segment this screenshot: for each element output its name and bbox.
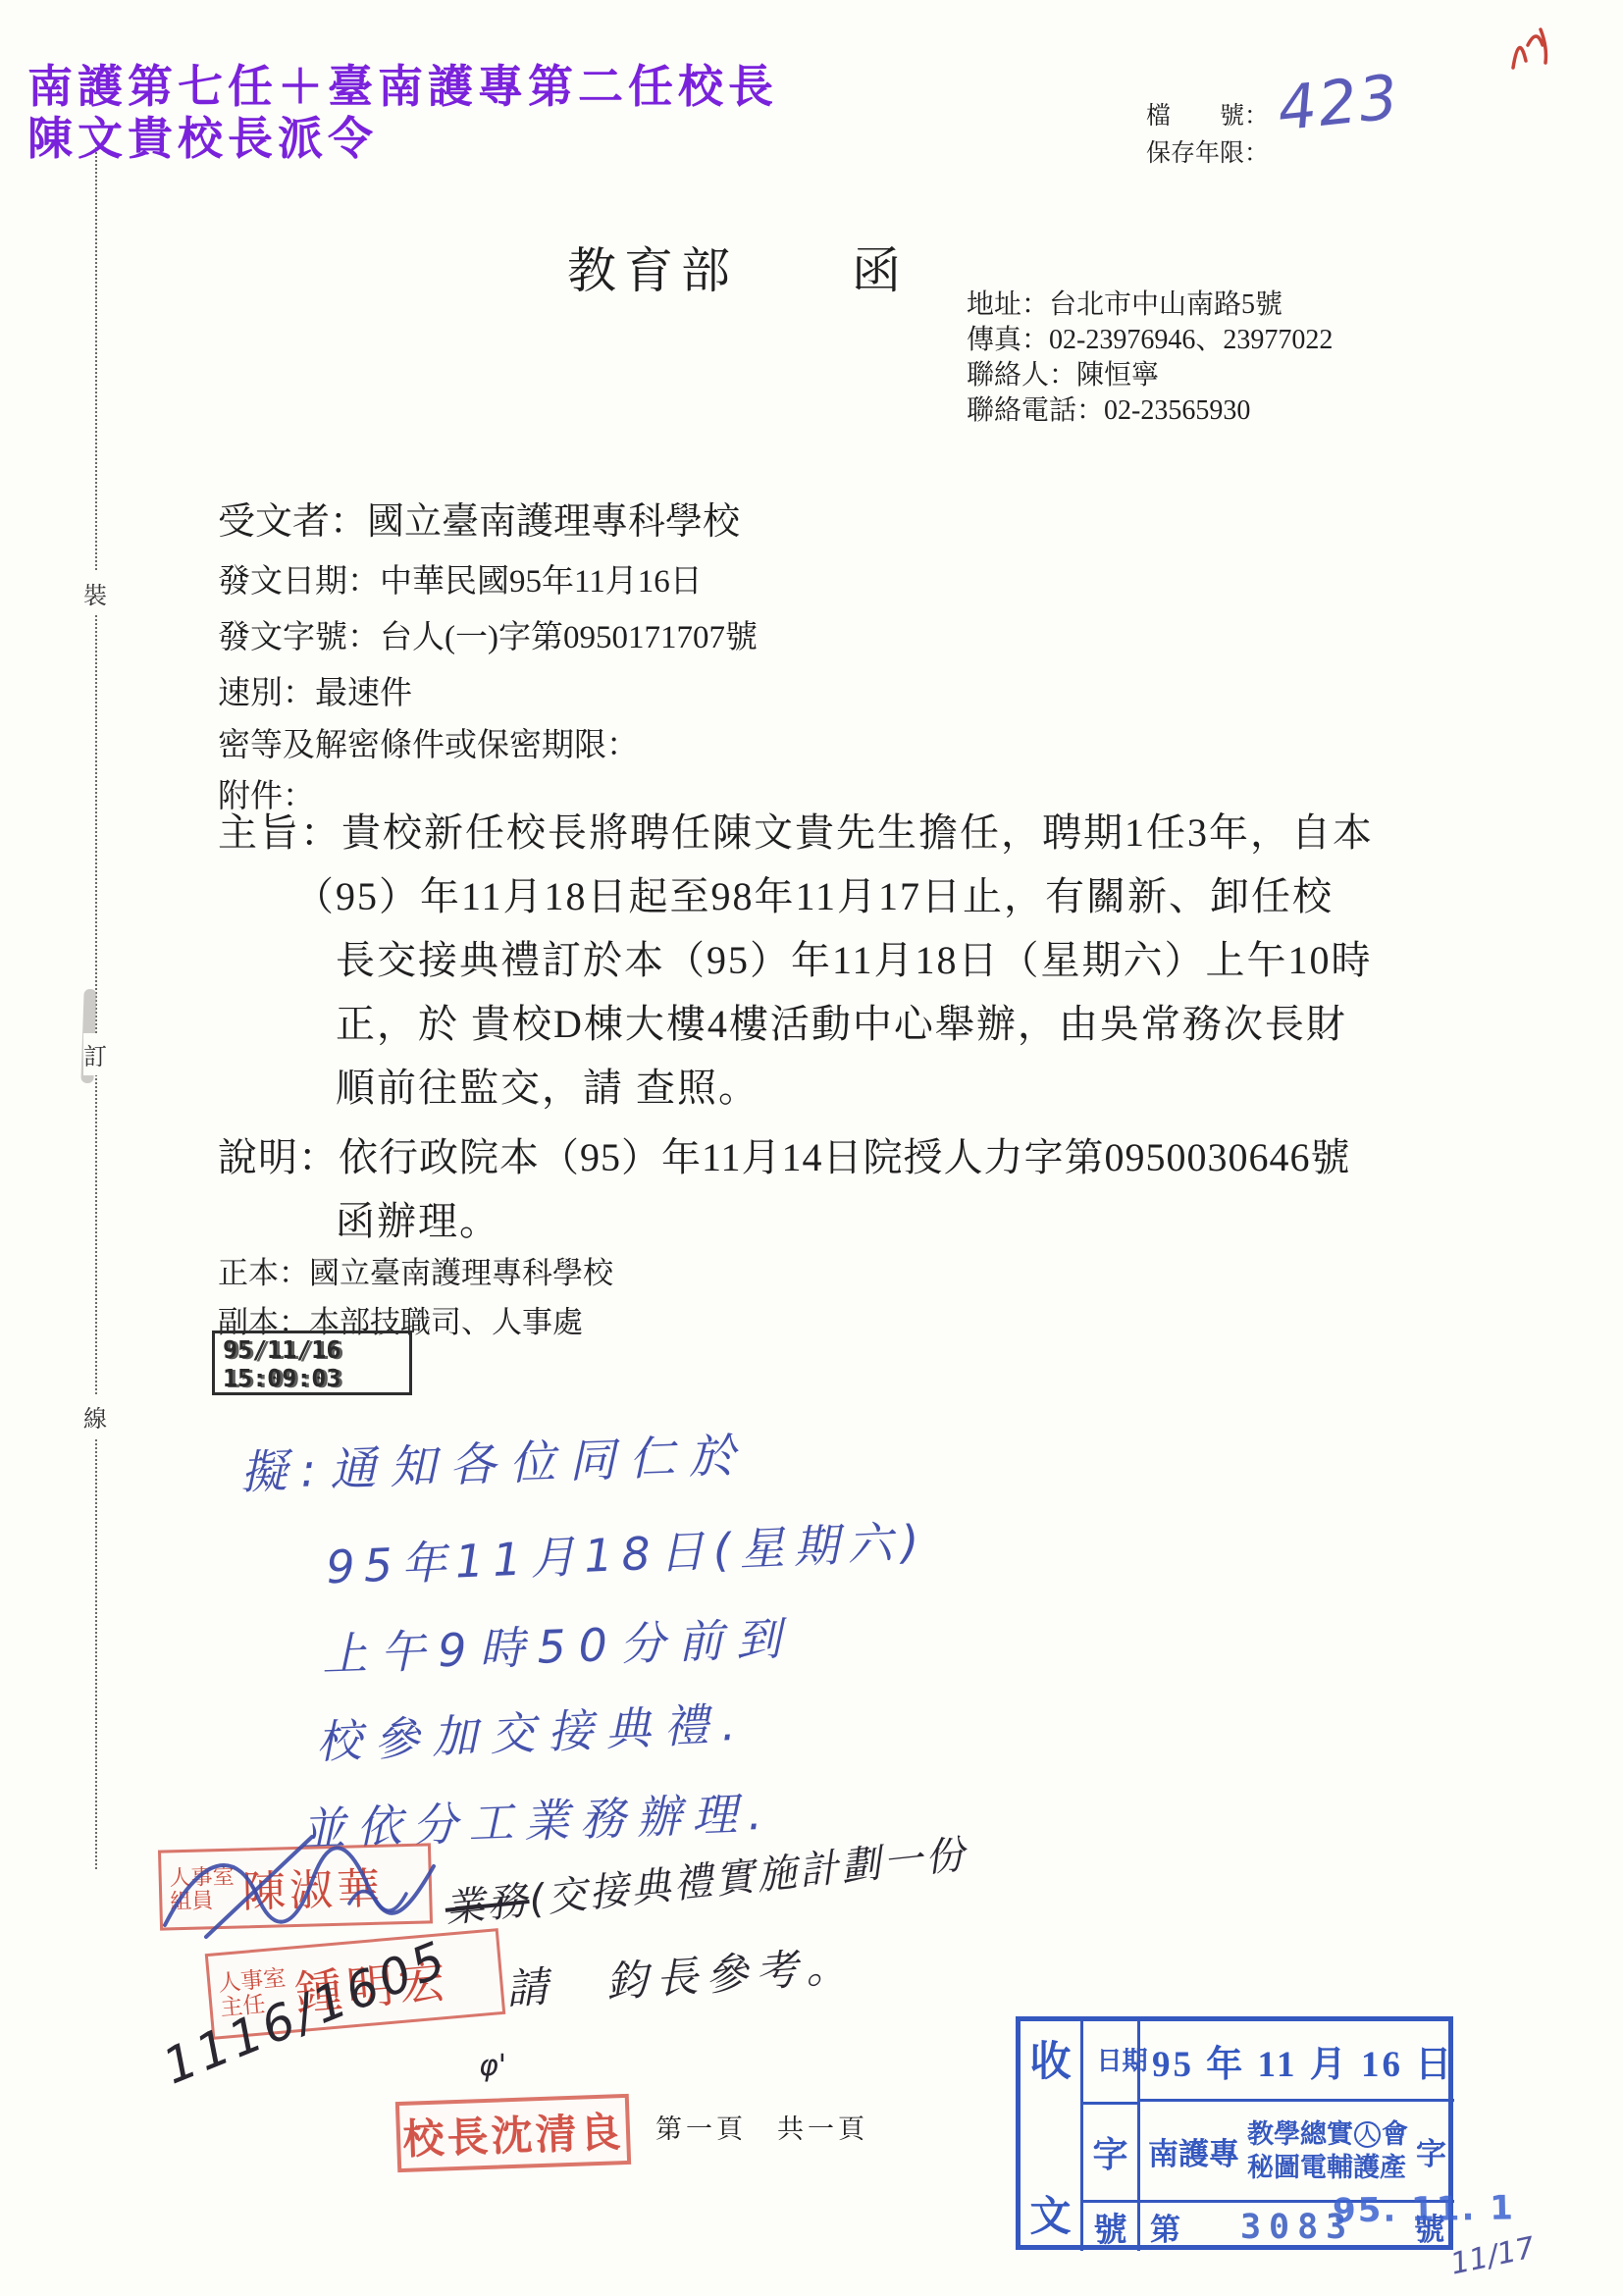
staff-stamp: 人事室 組員 陳淑華 <box>158 1843 433 1930</box>
file-number-value: 423 <box>1275 61 1403 145</box>
binding-mark-ding: 訂 <box>83 1033 107 1075</box>
retention-label: 保存年限： <box>1146 133 1269 169</box>
receipt-zi-suffix: 字 <box>1416 2129 1446 2173</box>
black-note-mark: φ' <box>479 2049 506 2083</box>
receipt-circled-unit: 人 <box>1354 2121 1381 2148</box>
subject-line: 順前往監交，請 查照。 <box>336 1057 759 1113</box>
binding-dotted-line <box>95 147 97 1869</box>
principal-stamp-name: 校長沈清良 <box>402 2100 625 2166</box>
binding-mark-xian: 線 <box>83 1395 107 1437</box>
original-copy-line: 正本：國立臺南護理專科學校 <box>218 1248 613 1292</box>
approval-note-line: 95年11月18日(星期六) <box>325 1506 929 1597</box>
security-line: 密等及解密條件或保密期限： <box>218 719 639 765</box>
subject-line: （95）年11月18日起至98年11月17日止，有關新、卸任校 <box>294 865 1334 921</box>
receipt-date-value: 95 年 11 月 16 日 <box>1152 2034 1454 2087</box>
contact-phone: 聯絡電話：02-23565930 <box>967 389 1250 428</box>
approval-note-line: 校參加交接典禮. <box>315 1688 750 1771</box>
contact-fax: 傳真：02-23976946、23977022 <box>967 318 1333 357</box>
receipt-zi-label: 字 <box>1092 2127 1127 2177</box>
receipt-org-abbrev: 南護專 <box>1148 2129 1239 2173</box>
doc-number-line: 發文字號：台人(一)字第0950171707號 <box>218 611 758 657</box>
speed-line: 速別：最速件 <box>218 667 412 713</box>
receipt-units-line2: 秘圖電輔護產 <box>1247 2151 1408 2184</box>
receipt-shou: 收 <box>1029 2029 1071 2088</box>
explanation-line: 函辦理。 <box>336 1190 500 1246</box>
receipt-units-line1b: 會 <box>1382 2117 1408 2151</box>
corner-red-scribble <box>1499 14 1558 82</box>
contact-person: 聯絡人：陳恒寧 <box>967 353 1159 392</box>
staff-stamp-role: 組員 <box>170 1889 236 1914</box>
explanation-line: 說明：依行政院本（95）年11月14日院授人力字第0950030646號 <box>218 1126 1351 1182</box>
file-number-label: 檔 號： <box>1146 96 1269 131</box>
annotation-title-line2: 陳文貴校長派令 <box>27 103 378 168</box>
receipt-wen: 文 <box>1029 2184 1071 2243</box>
principal-stamp: 校長沈清良 <box>395 2094 631 2172</box>
scanned-document-page: 裝 訂 線 南護第七任＋臺南護專第二任校長 陳文貴校長派令 檔 號： 423 保… <box>0 0 1623 2296</box>
approval-note-line: 擬:通知各位同仁於 <box>239 1419 750 1502</box>
recipient-line: 受文者：國立臺南護理專科學校 <box>218 491 740 545</box>
receipt-no-prefix: 第 <box>1150 2205 1180 2249</box>
receipt-units-line1a: 教學總實 <box>1247 2117 1353 2151</box>
contact-address: 地址：台北市中山南路5號 <box>967 283 1283 322</box>
black-note-line2: 請 鈞長參考。 <box>503 1933 857 2017</box>
black-note-crossed: 業務 <box>443 1878 531 1932</box>
subject-line: 長交接典禮訂於本（95）年11月18日（星期六）上午10時 <box>336 929 1373 985</box>
timestamp-date: 95/11/16 <box>223 1335 401 1364</box>
approval-note-line: 上午9時50分前到 <box>321 1603 795 1685</box>
issue-date-line: 發文日期：中華民國95年11月16日 <box>218 555 703 601</box>
document-title: 教育部 函 <box>567 232 909 302</box>
binding-mark-zhuang: 裝 <box>83 572 107 614</box>
received-date-stamp: 95. 11. 1 <box>1333 2188 1515 2230</box>
staff-stamp-name: 陳淑華 <box>241 1853 385 1920</box>
staff-stamp-office: 人事室 <box>169 1865 235 1891</box>
timestamp-stamp: 95/11/16 15:09:03 <box>212 1331 412 1395</box>
receipt-hao-label: 號 <box>1094 2203 1127 2251</box>
subject-line: 正，於 貴校D棟大樓4樓活動中心舉辦，由吳常務次長財 <box>336 993 1347 1049</box>
subject-line: 主旨：貴校新任校長將聘任陳文貴先生擔任，聘期1任3年，自本 <box>218 802 1374 858</box>
timestamp-time: 15:09:03 <box>223 1364 401 1392</box>
received-date-handwritten: 11/17 <box>1447 2230 1538 2281</box>
page-footer: 第一頁 共一頁 <box>655 2108 868 2146</box>
receipt-date-label: 日期 <box>1097 2048 1125 2075</box>
